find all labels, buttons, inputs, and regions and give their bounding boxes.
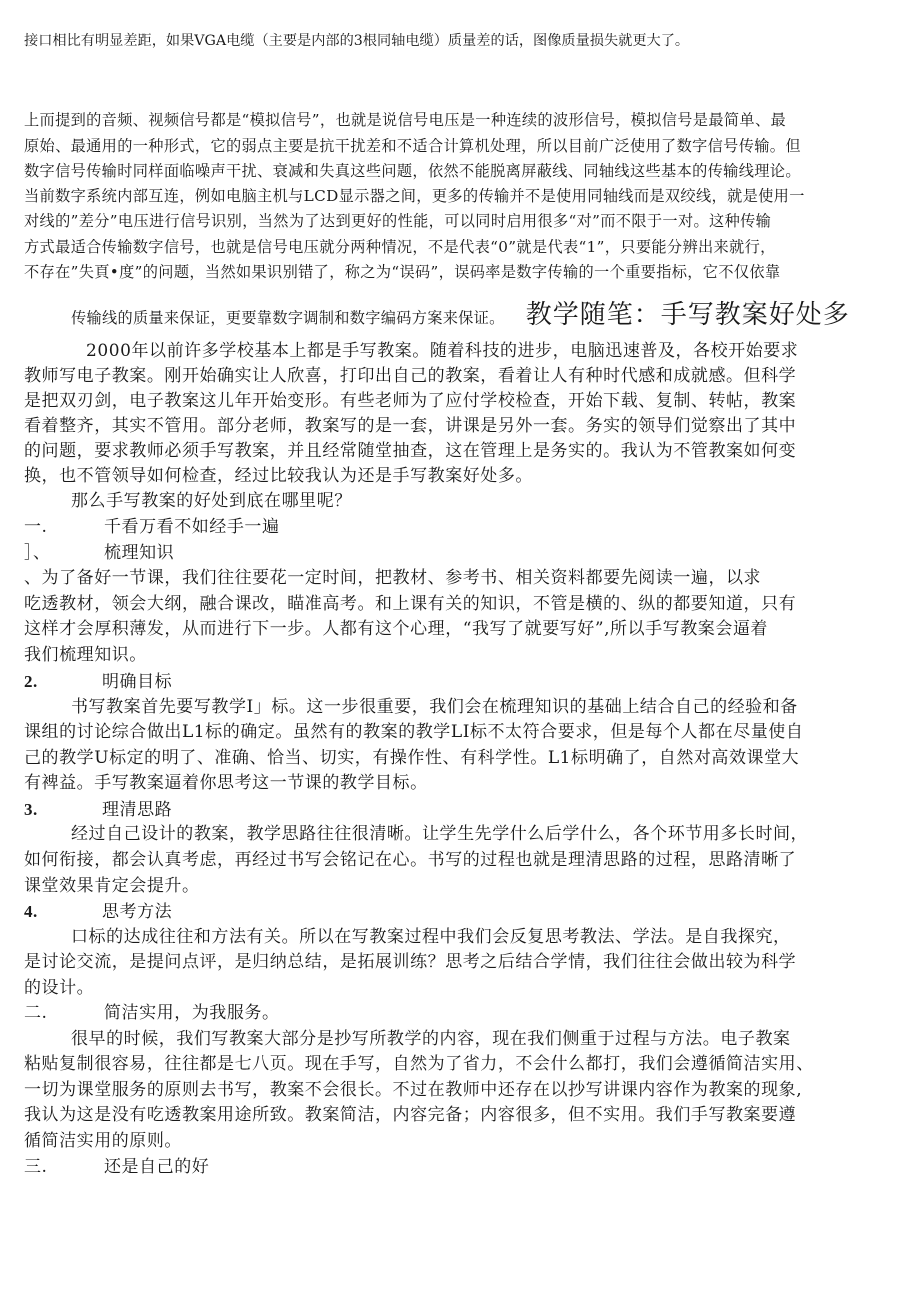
section-title: 千看万看不如经手一遍 xyxy=(104,517,280,537)
section-number: 一. xyxy=(24,519,104,536)
item-number: 2. xyxy=(24,673,102,690)
paragraph-line: 如何衔接，都会认真考虑，再经过书写会铭记在心。书写的过程也就是理清思路的过程，思… xyxy=(24,852,796,869)
paragraph-line: 口标的达成往往和方法有关。所以在写教案过程中我们会反复思考教法、学法。是自我探究… xyxy=(71,929,791,946)
paragraph-line: 我认为这是没有吃透教案用途所致。教案简洁，内容完备；内容很多，但不实用。我们手写… xyxy=(24,1107,796,1124)
paragraph-line: 一切为课堂服务的原则去书写，教案不会很长。不过在教师中还存在以抄写讲课内容作为教… xyxy=(24,1082,802,1099)
paragraph-line: 对线的”差分”电压进行信号识别，当然为了达到更好的性能，可以同时启用很多“对”而… xyxy=(24,214,771,229)
section-number: 三. xyxy=(24,1159,104,1176)
paragraph-line: 原始、最通用的一种形式，它的弱点主要是抗干扰差和不适合计算机处理，所以目前广泛使… xyxy=(24,139,801,154)
paragraph-line: 、为了备好一节课，我们往往要花一定时间，把教材、参考书、相关资料都要先阅读一遍，… xyxy=(24,570,761,587)
intro-line: 接口相比有明显差距，如果VGA电缆（主要是内部的3根同轴电缆）质量差的话，图像质… xyxy=(24,34,689,48)
paragraph-line: 己的教学U标定的明了、准确、恰当、切实，有操作性、有科学性。L1标明确了，自然对… xyxy=(24,750,799,767)
item-3-heading: 3.理清思路 xyxy=(24,801,172,819)
paragraph-line: 这样才会厚积薄发，从而进行下一步。人都有这个心理，“我写了就要写好”,所以手写教… xyxy=(24,621,768,638)
item-title: 明确目标 xyxy=(102,672,172,692)
item-title: 梳理知识 xyxy=(104,543,174,563)
paragraph-line: 教师写电子教案。刚开始确实让人欣喜，打印出自己的教案，看着让人有种时代感和成就感… xyxy=(24,368,796,385)
paragraph-line: 换，也不管领导如何检查，经过比较我认为还是手写教案好处多。 xyxy=(24,468,533,485)
paragraph-line: 是把双刃剑，电子教案这儿年开始变形。有些老师为了应付学校检查，开始下载、复制、转… xyxy=(24,393,796,410)
paragraph-line: 循简洁实用的原则。 xyxy=(24,1133,182,1150)
paragraph-line: 很早的时候，我们写教案大部分是抄写所教学的内容，现在我们侧重于过程与方法。电子教… xyxy=(71,1031,791,1048)
section-1-heading: 一.千看万看不如经手一遍 xyxy=(24,519,280,536)
signal-tail: 传输线的质量来保证，更要靠数字调制和数字编码方案来保证。 xyxy=(71,309,505,327)
paragraph-line: 的问题，要求教师必须手写教案，并且经常随堂抽查，这在管理上是务实的。我认为不管教… xyxy=(24,443,796,460)
item-number: 4. xyxy=(24,903,102,920)
paragraph-line: 课组的讨论综合做出L1标的确定。虽然有的教案的教学LI标不太符合要求，但是每个人… xyxy=(24,724,803,741)
item-title: 理清思路 xyxy=(102,800,172,820)
paragraph-line: 经过自己设计的教案，教学思路往往很清晰。让学生先学什么后学什么，各个环节用多长时… xyxy=(71,826,808,843)
question-line: 那么手写教案的好处到底在哪里呢？ xyxy=(71,493,352,510)
paragraph-line: 课堂效果肯定会提升。 xyxy=(24,878,200,895)
item-1-heading: ］、梳理知识 xyxy=(24,545,174,562)
paragraph-line: 的设计。 xyxy=(24,980,94,997)
paragraph-line: 是讨论交流，是提问点评，是归纳总结，是拓展训练？思考之后结合学情，我们往往会做出… xyxy=(24,954,796,971)
section-title: 还是自己的好 xyxy=(104,1157,209,1177)
paragraph-line: 我们梳理知识。 xyxy=(24,647,147,664)
paragraph-line: 吃透教材，领会大纲，融合课改，瞄准高考。和上课有关的知识，不管是横的、纵的都要知… xyxy=(24,596,796,613)
article-title: 教学随笔：手写教案好处多 xyxy=(526,300,850,330)
section-3-heading: 三.还是自己的好 xyxy=(24,1159,209,1176)
paragraph-line: 上而提到的音频、视频信号都是“模拟信号”，也就是说信号电压是一种连续的波形信号，… xyxy=(24,113,786,128)
paragraph-line: 方式最适合传输数字信号，也就是信号电压就分两种情况，不是代表“0”就是代表“1”… xyxy=(24,240,776,255)
item-4-heading: 4.思考方法 xyxy=(24,903,172,921)
paragraph-line: 2000年以前许多学校基本上都是手写教案。随着科技的进步，电脑迅速普及，各校开始… xyxy=(86,343,798,360)
paragraph-line: 不存在”失頁•度”的问题，当然如果识别错了，称之为“误码”，误码率是数字传输的一… xyxy=(24,265,781,280)
paragraph-line: 有裨益。手写教案逼着你思考这一节课的教学目标。 xyxy=(24,775,428,792)
section-number: 二. xyxy=(24,1005,104,1022)
section-title: 简洁实用，为我服务。 xyxy=(104,1003,280,1023)
item-2-heading: 2.明确目标 xyxy=(24,673,172,691)
item-number: 3. xyxy=(24,801,102,818)
item-number: ］、 xyxy=(24,545,104,562)
section-2-heading: 二.简洁实用，为我服务。 xyxy=(24,1005,280,1022)
paragraph-line: 当前数字系统内部互连，例如电脑主机与LCD显示器之间，更多的传输并不是使用同轴线… xyxy=(24,189,805,204)
item-title: 思考方法 xyxy=(102,902,172,922)
paragraph-line: 书写教案首先要写教学I」标。这一步很重要，我们会在梳理知识的基础上结合自己的经验… xyxy=(71,699,798,716)
paragraph-line: 看着整齐，其实不管用。部分老师，教案写的是一套，讲课是另外一套。务实的领导们觉察… xyxy=(24,418,796,435)
paragraph-line: 粘贴复制很容易，往往都是七八页。现在手写，自然为了省力，不会什么都打，我们会遵循… xyxy=(24,1056,814,1073)
paragraph-line: 数字信号传输时同样面临噪声干扰、衰减和失真这些问题，依然不能脱离屏蔽线、同轴线这… xyxy=(24,164,801,179)
signal-tail-and-title: 传输线的质量来保证，更要靠数字调制和数字编码方案来保证。 教学随笔：手写教案好处… xyxy=(71,302,850,328)
